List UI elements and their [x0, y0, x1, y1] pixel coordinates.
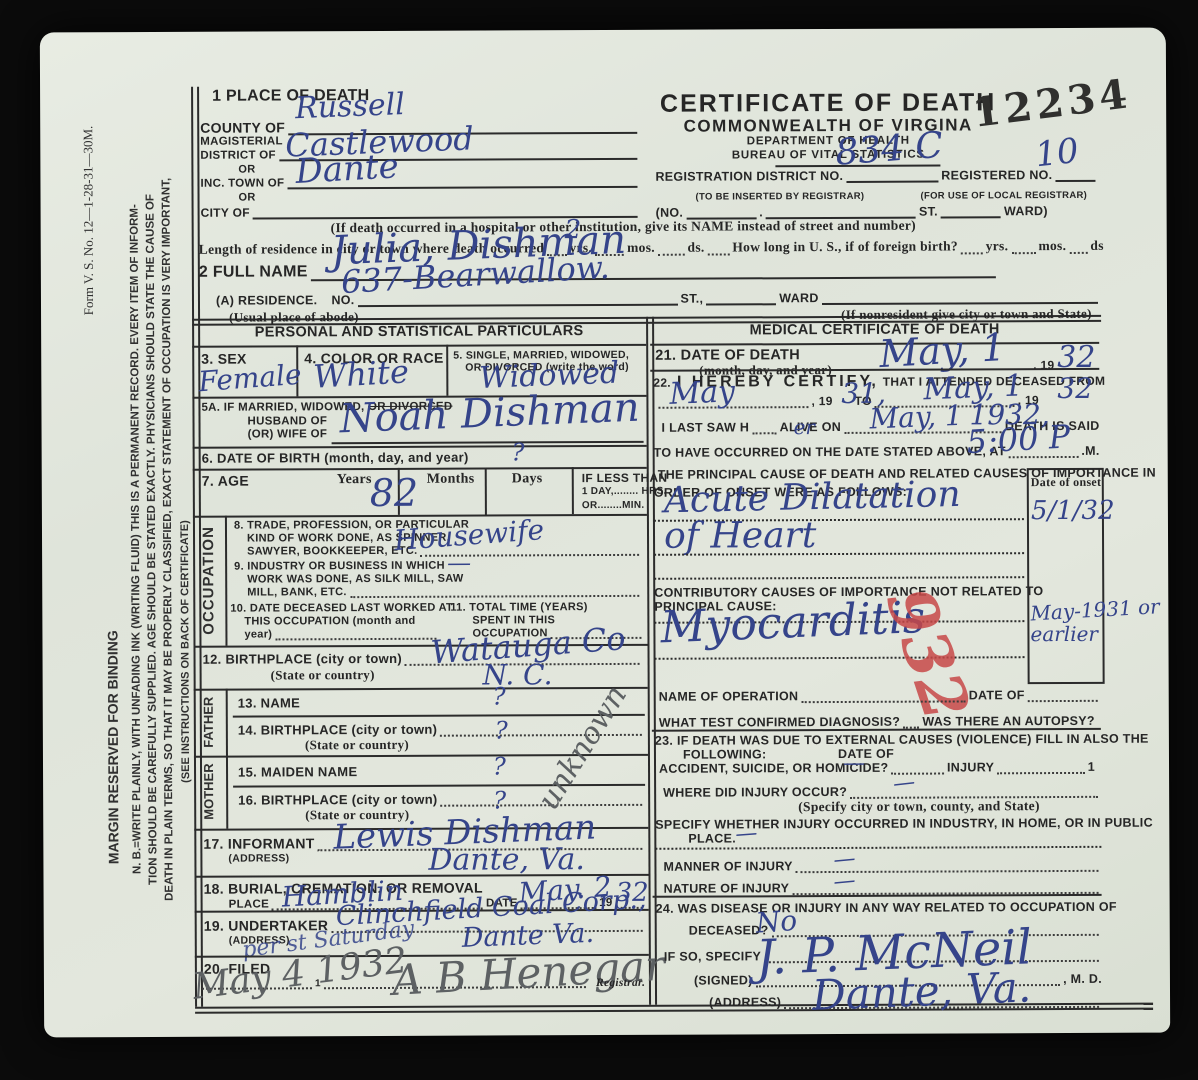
dob-label: 6. DATE OF BIRTH (month, day, and year) [202, 450, 469, 466]
where-dash-handwriting: — [892, 770, 917, 797]
father-side-label: FATHER [201, 692, 216, 752]
where-injury-label: WHERE DID INJURY OCCUR? [663, 785, 847, 800]
form-number-vertical: Form V. S. No. 12—1-28-31—30M. [80, 80, 97, 360]
father-birthplace-sub: (State or country) [305, 737, 409, 753]
manner-injury-label: MANNER OF INJURY [663, 859, 792, 874]
residence-st-label: ST., [681, 292, 704, 306]
last-saw-label-1: I LAST SAW H [662, 420, 750, 434]
contrib-dotted-2 [655, 656, 1025, 660]
bureau-line: BUREAU OF VITAL STATISTICS [648, 148, 1008, 162]
ifless-label-3: OR........MIN. [582, 500, 645, 511]
mother-maiden-line [233, 784, 645, 788]
margin-reserved-vertical: MARGIN RESERVED FOR BINDING [104, 542, 122, 952]
occupation-strip-divider [225, 516, 228, 646]
certificate-number-stamp: 12234 [970, 70, 1134, 137]
contrib-onset-value-2: earlier [1030, 622, 1098, 646]
date-of-onset-label: Date of onset [1031, 475, 1102, 490]
occ9-blank [350, 593, 639, 598]
occ10-blank [275, 636, 436, 641]
father-name-label: 13. NAME [238, 695, 300, 710]
occ10-label-2: THIS OCCUPATION (month and [244, 615, 415, 628]
external-causes-label-2: FOLLOWING: [683, 747, 767, 761]
ds-label: ds. [687, 240, 704, 256]
registered-line [1055, 178, 1095, 182]
father-strip-divider [226, 689, 228, 756]
attended-to-year: 32 [1057, 372, 1093, 405]
occurred-m-label: .M. [1081, 444, 1099, 458]
days-ifless-divider [572, 467, 574, 514]
registrar-printed-label: Registrar. [596, 977, 645, 989]
industry-dash-handwriting: — [447, 549, 471, 577]
street-line [766, 215, 916, 220]
husband-line [332, 441, 644, 444]
mother-maiden-value: ? [493, 752, 506, 780]
mother-birthplace-label: 16. BIRTHPLACE (city or town) [238, 792, 437, 808]
inc-town-label: INC. TOWN OF [200, 177, 284, 189]
nb-note-line2: TION SHOULD BE CAREFULLY SUPPLIED. AGE S… [144, 72, 160, 1007]
residence-label: (A) RESIDENCE. [216, 293, 317, 307]
reg-district-line [846, 179, 938, 183]
or-label-2: OR [239, 192, 256, 204]
physician-address-label: (ADDRESS) [709, 995, 781, 1009]
cause-dotted-3 [654, 576, 1024, 580]
personal-section-header: PERSONAL AND STATISTICAL PARTICULARS [192, 323, 646, 341]
red-pencil-mark: 932 [871, 579, 984, 729]
ward-paren-label: WARD) [1004, 204, 1048, 218]
race-value-handwriting: White [312, 352, 410, 395]
occ9-label-1: 9. INDUSTRY OR BUSINESS IN WHICH [234, 560, 445, 573]
age-months-header: Months [427, 472, 475, 488]
or-label-1: OR [238, 164, 255, 176]
age-value-handwriting: 82 [370, 471, 419, 515]
operation-date-blank [1028, 698, 1098, 702]
mos-label: mos. [627, 240, 655, 256]
if-so-specify-label: IF SO, SPECIFY [664, 949, 761, 963]
father-name-value: ? [493, 682, 506, 710]
ifless-label-1: IF LESS THAN [582, 471, 668, 485]
injury-date-blank [997, 770, 1085, 774]
specify-dash-handwriting: — [734, 821, 758, 848]
external-causes-label-1: 23. IF DEATH WAS DUE TO EXTERNAL CAUSES … [655, 732, 1149, 748]
rule-under-12 [194, 687, 648, 691]
foreign-days-blank [1069, 250, 1087, 254]
no-line [686, 215, 756, 219]
accident-dash-handwriting: — [843, 751, 865, 776]
operation-date-label: DATE OF [969, 688, 1025, 702]
rule-under-medical-header [650, 342, 1099, 346]
informant-address-label: (ADDRESS) [228, 852, 289, 864]
md-label: , M. D. [1063, 972, 1102, 986]
occ9-label-3: MILL, BANK, ETC. [247, 586, 347, 598]
rule-under-7 [193, 514, 647, 518]
medical-section-header: MEDICAL CERTIFICATE OF DEATH [650, 321, 1099, 339]
occ10-label-3: year) [244, 628, 272, 640]
father-birthplace-value: ? [495, 716, 508, 744]
yrs2-label: yrs. [986, 238, 1009, 254]
reg-note-1: (TO BE INSERTED BY REGISTRAR) [696, 191, 865, 203]
occ9-label-2: WORK WAS DONE, AS SILK MILL, SAW [247, 573, 463, 586]
months-days-divider [485, 468, 487, 515]
nb-note-line1: N. B.=WRITE PLAINLY, WITH UNFADING INK (… [128, 72, 144, 1007]
certificate-paper: Form V. S. No. 12—1-28-31—30M. MARGIN RE… [40, 28, 1170, 1038]
from-19-printed: , 19 [811, 394, 832, 408]
foreign-lead-blank [708, 251, 730, 255]
birthplace-sub-label: (State or country) [271, 667, 375, 683]
county-value-handwriting: Russell [294, 87, 405, 126]
residence-ward-line [822, 300, 1098, 305]
occupation-side-label: OCCUPATION [200, 520, 218, 642]
attended-from-value: May [669, 374, 736, 412]
age-years-header: Years [337, 472, 372, 488]
occ11-label-1: 11. TOTAL TIME (YEARS) [450, 601, 587, 614]
town-value-handwriting: Dante [294, 146, 399, 192]
occupation-related-label-1: 24. WAS DISEASE OR INJURY IN ANY WAY REL… [656, 900, 1117, 916]
residence-line [358, 302, 678, 307]
registered-value-handwriting: 10 [1033, 131, 1080, 175]
rule-under-personal-header [192, 344, 646, 348]
rule-under-6 [193, 467, 647, 471]
age-label: 7. AGE [202, 473, 249, 489]
husband-label-3: (OR) WIFE OF [248, 428, 328, 440]
last-saw-date-value: May, 1 [869, 399, 963, 436]
nb-note-line3: DEATH IN PLAIN TERMS, SO THAT IT MAY BE … [160, 72, 176, 1007]
operation-label: NAME OF OPERATION [659, 689, 799, 704]
occurred-time-value: 5:00 P [966, 417, 1072, 461]
where-injury-sub: (Specify city or town, county, and State… [798, 798, 1040, 815]
occurred-label: TO HAVE OCCURRED ON THE DATE STATED ABOV… [654, 444, 1006, 460]
length-days-blank [658, 252, 685, 256]
magisterial-label2: DISTRICT OF [200, 149, 276, 161]
mother-side-label: MOTHER [201, 759, 216, 825]
county-label: COUNTY OF [200, 119, 285, 135]
department-line: DEPARTMENT OF HEALTH [648, 134, 1008, 148]
st-label: ST. [919, 205, 938, 219]
magisterial-label1: MAGISTERIAL [200, 135, 283, 147]
mos2-label: mos. [1038, 238, 1066, 254]
occ10-label-1: 10. DATE DECEASED LAST WORKED AT [230, 602, 453, 615]
nature-dash-handwriting: — [832, 868, 856, 895]
injury-printed-1: 1 [1088, 760, 1095, 774]
full-name-label: 2 FULL NAME [199, 263, 308, 281]
scanned-death-certificate: { "margin": { "form_no": "Form V. S. No.… [0, 0, 1198, 1080]
nature-injury-label: NATURE OF INJURY [664, 881, 790, 896]
signed-label: (SIGNED) [694, 973, 753, 987]
nb-note-line4: (SEE INSTRUCTIONS ON BACK OF CERTIFICATE… [179, 482, 192, 822]
cause-dotted-2 [654, 552, 1024, 556]
rule-under-5a [193, 445, 647, 449]
reg-district-value-handwriting: 834 C [834, 125, 944, 174]
specify-injury-label-2: PLACE. [688, 831, 736, 845]
husband-value-handwriting: Noah Dishman [339, 385, 641, 443]
autopsy-label: WAS THERE AN AUTOPSY? [922, 714, 1095, 729]
injury-label: INJURY [947, 760, 994, 774]
registrar-signature-pencil: A B Henegar [391, 941, 667, 1005]
husband-label-2: HUSBAND OF [247, 415, 327, 427]
abode-note: (Usual place of abode) [229, 309, 359, 326]
mother-strip-divider [226, 756, 228, 829]
occ8-label-3: SAWYER, BOOKKEEPER, ETC. [247, 545, 417, 558]
mother-maiden-label: 15. MAIDEN NAME [238, 764, 357, 780]
city-label: CITY OF [201, 206, 250, 220]
father-birthplace-label: 14. BIRTHPLACE (city or town) [238, 722, 437, 738]
foreign-months-blank [1011, 250, 1035, 254]
birthplace-label: 12. BIRTHPLACE (city or town) [203, 651, 402, 667]
specify-injury-label-1: SPECIFY WHETHER INJURY OCCURRED IN INDUS… [655, 816, 1153, 832]
specify-dotted [655, 846, 1101, 850]
test-label: WHAT TEST CONFIRMED DIAGNOSIS? [659, 715, 900, 730]
age-days-header: Days [512, 471, 543, 487]
date-of-onset-value: 5/1/32 [1031, 496, 1115, 526]
residence-ward-label: WARD [779, 291, 818, 305]
ds2-label: ds [1090, 238, 1103, 254]
no-paren-label: (NO. [656, 206, 684, 220]
reg-note-2: (FOR USE OF LOCAL REGISTRAR) [921, 190, 1088, 202]
operation-blank [801, 698, 965, 703]
cause-of-death-line2: of Heart [664, 515, 816, 557]
foreign-years-blank [961, 250, 983, 254]
certificate-title: CERTIFICATE OF DEATH [648, 88, 1008, 119]
informant-label: 17. INFORMANT [203, 835, 314, 851]
registered-label: REGISTERED NO. [941, 168, 1052, 182]
physician-address-value: Dante, Va. [811, 962, 1032, 1020]
st-line [941, 214, 1001, 218]
foreign-birth-label: How long in U. S., if of foreign birth? [732, 238, 958, 255]
reg-district-label: REGISTRATION DISTRICT NO. [655, 169, 843, 184]
residence-st-line [706, 301, 776, 305]
sex-value-handwriting: Female [197, 358, 302, 399]
race-marital-divider [446, 345, 448, 396]
last-saw-er-blank [752, 430, 776, 434]
dob-value-handwriting: ? [512, 438, 525, 466]
burial-place-label: PLACE [229, 898, 270, 910]
last-saw-er-handwriting: er [793, 415, 815, 439]
